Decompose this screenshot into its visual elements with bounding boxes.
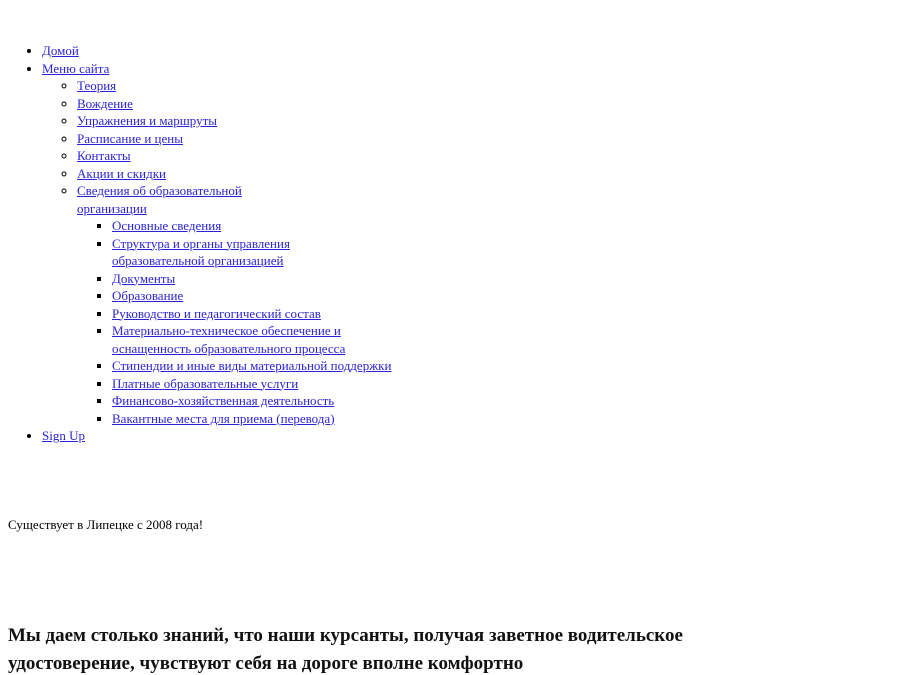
- nav-link-exercises-routes[interactable]: Упражнения и маршруты: [77, 113, 217, 128]
- nav-link-vacancies[interactable]: Вакантные места для приема (перевода): [112, 411, 335, 426]
- nav-link-scholarships[interactable]: Стипендии и иные виды материальной подде…: [112, 358, 391, 373]
- nav-link-staff[interactable]: Руководство и педагогический состав: [112, 306, 321, 321]
- nav-link-structure[interactable]: Структура и органы управления образовате…: [112, 235, 307, 270]
- nav-link-org-info[interactable]: Сведения об образовательной организации: [77, 182, 257, 217]
- nav-item-home: Домой: [42, 42, 391, 60]
- nav-item-staff: Руководство и педагогический состав: [112, 305, 391, 323]
- tagline: Существует в Липецке с 2008 года!: [8, 517, 203, 533]
- nav-link-sign-up[interactable]: Sign Up: [42, 428, 85, 443]
- nav-link-theory[interactable]: Теория: [77, 78, 116, 93]
- nav-link-driving[interactable]: Вождение: [77, 96, 133, 111]
- org-info-list: Основные сведения Структура и органы упр…: [77, 217, 391, 427]
- nav-link-finance[interactable]: Финансово-хозяйственная деятельность: [112, 393, 334, 408]
- nav-link-basic-info[interactable]: Основные сведения: [112, 218, 221, 233]
- nav-item-theory: Теория: [77, 77, 391, 95]
- nav-item-structure: Структура и органы управления образовате…: [112, 235, 391, 270]
- nav-link-schedule-prices[interactable]: Расписание и цены: [77, 131, 183, 146]
- nav-item-documents: Документы: [112, 270, 391, 288]
- main-nav: Домой Меню сайта Теория Вождение Упражне…: [42, 42, 391, 445]
- nav-link-promotions[interactable]: Акции и скидки: [77, 166, 166, 181]
- nav-item-exercises-routes: Упражнения и маршруты: [77, 112, 391, 130]
- nav-item-facilities: Материально-техническое обеспечение и ос…: [112, 322, 391, 357]
- nav-item-promotions: Акции и скидки: [77, 165, 391, 183]
- nav-link-education[interactable]: Образование: [112, 288, 183, 303]
- nav-link-documents[interactable]: Документы: [112, 271, 175, 286]
- nav-item-driving: Вождение: [77, 95, 391, 113]
- nav-item-vacancies: Вакантные места для приема (перевода): [112, 410, 391, 428]
- nav-item-sign-up: Sign Up: [42, 427, 391, 445]
- nav-item-scholarships: Стипендии и иные виды материальной подде…: [112, 357, 391, 375]
- nav-item-finance: Финансово-хозяйственная деятельность: [112, 392, 391, 410]
- nav-link-contacts[interactable]: Контакты: [77, 148, 131, 163]
- nav-link-facilities[interactable]: Материально-техническое обеспечение и ос…: [112, 322, 372, 357]
- nav-item-paid-services: Платные образовательные услуги: [112, 375, 391, 393]
- nav-item-basic-info: Основные сведения: [112, 217, 391, 235]
- nav-item-contacts: Контакты: [77, 147, 391, 165]
- nav-item-schedule-prices: Расписание и цены: [77, 130, 391, 148]
- nav-link-paid-services[interactable]: Платные образовательные услуги: [112, 376, 298, 391]
- nav-link-site-menu[interactable]: Меню сайта: [42, 61, 109, 76]
- nav-item-org-info: Сведения об образовательной организации …: [77, 182, 391, 427]
- nav-link-home[interactable]: Домой: [42, 43, 79, 58]
- nav-item-education: Образование: [112, 287, 391, 305]
- nav-item-site-menu: Меню сайта Теория Вождение Упражнения и …: [42, 60, 391, 428]
- site-menu-list: Теория Вождение Упражнения и маршруты Ра…: [42, 77, 391, 427]
- headline: Мы даем столько знаний, что наши курсант…: [8, 622, 768, 675]
